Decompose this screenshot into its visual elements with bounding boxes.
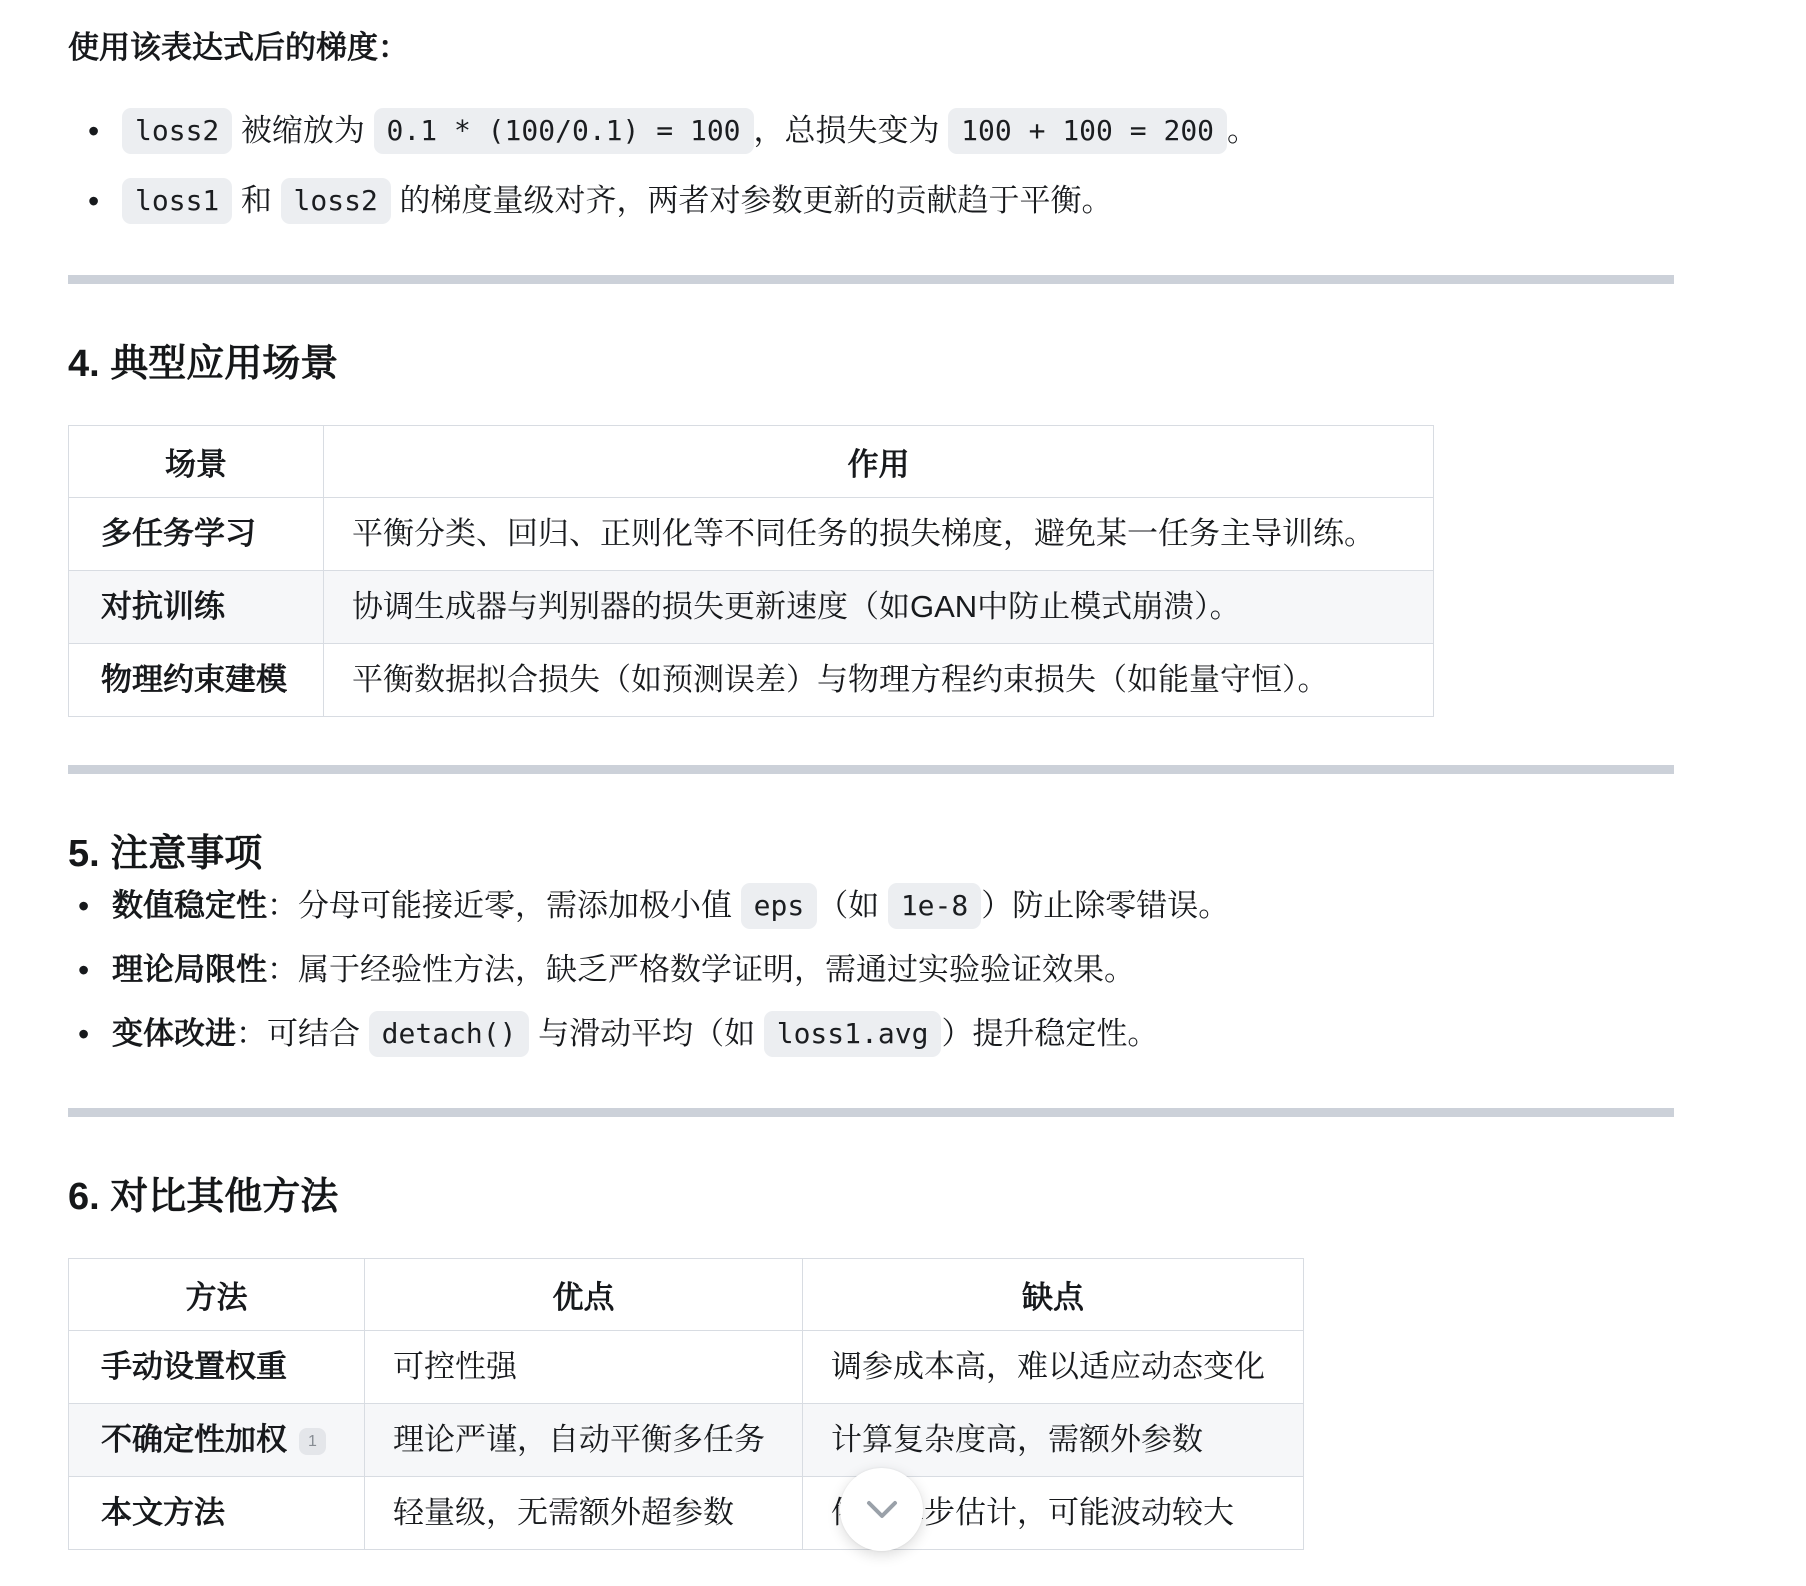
scroll-to-bottom-button[interactable] [840, 1468, 923, 1551]
inline-code: loss1.avg [764, 1011, 942, 1057]
bullet-item: 变体改进：可结合 detach() 与滑动平均（如 loss1.avg）提升稳定… [78, 1008, 1674, 1060]
intro-bullet-list: loss2 被缩放为 0.1 * (100/0.1) = 100，总损失变为 1… [68, 105, 1674, 227]
table-row: 不确定性加权1理论严谨，自动平衡多任务计算复杂度高，需额外参数 [69, 1404, 1304, 1477]
inline-code: 0.1 * (100/0.1) = 100 [374, 108, 754, 154]
table-cell: 平衡数据拟合损失（如预测误差）与物理方程约束损失（如能量守恒）。 [324, 644, 1434, 717]
section5-title: 5. 注意事项 [68, 830, 1674, 879]
inline-code: detach() [369, 1011, 530, 1057]
table-header-cell: 优点 [365, 1259, 803, 1331]
method-comparison-table: 方法优点缺点手动设置权重可控性强调参成本高，难以适应动态变化不确定性加权1理论严… [68, 1258, 1304, 1550]
table-header-row: 场景作用 [69, 426, 1434, 498]
table-cell: 多任务学习 [69, 498, 324, 571]
inline-code: loss2 [122, 108, 232, 154]
table-row: 对抗训练协调生成器与判别器的损失更新速度（如GAN中防止模式崩溃）。 [69, 571, 1434, 644]
inline-code: loss2 [281, 178, 391, 224]
table-cell: 轻量级，无需额外超参数 [365, 1477, 803, 1550]
table-header-cell: 方法 [69, 1259, 365, 1331]
notes-bullet-list: 数值稳定性：分母可能接近零，需添加极小值 eps（如 1e-8）防止除零错误。理… [68, 880, 1674, 1060]
bullet-item: loss2 被缩放为 0.1 * (100/0.1) = 100，总损失变为 1… [88, 105, 1674, 157]
intro-paragraph: 使用该表达式后的梯度： [68, 26, 1674, 71]
table-cell: 计算复杂度高，需额外参数 [803, 1404, 1304, 1477]
bullet-item: loss1 和 loss2 的梯度量级对齐，两者对参数更新的贡献趋于平衡。 [88, 175, 1674, 227]
table-row: 多任务学习平衡分类、回归、正则化等不同任务的损失梯度，避免某一任务主导训练。 [69, 498, 1434, 571]
bold-term: 变体改进 [112, 1016, 236, 1051]
table-cell: 协调生成器与判别器的损失更新速度（如GAN中防止模式崩溃）。 [324, 571, 1434, 644]
table-cell: 物理约束建模 [69, 644, 324, 717]
table-cell: 对抗训练 [69, 571, 324, 644]
section-divider [68, 1108, 1674, 1117]
section4-title: 4. 典型应用场景 [68, 340, 1674, 389]
table-cell: 手动设置权重 [69, 1331, 365, 1404]
table-cell: 可控性强 [365, 1331, 803, 1404]
inline-code: 100 + 100 = 200 [948, 108, 1227, 154]
table-header-row: 方法优点缺点 [69, 1259, 1304, 1331]
section6-title: 6. 对比其他方法 [68, 1173, 1674, 1222]
inline-code: loss1 [122, 178, 232, 224]
table-cell: 平衡分类、回归、正则化等不同任务的损失梯度，避免某一任务主导训练。 [324, 498, 1434, 571]
citation-badge[interactable]: 1 [299, 1428, 326, 1455]
table-cell: 调参成本高，难以适应动态变化 [803, 1331, 1304, 1404]
scenarios-table: 场景作用多任务学习平衡分类、回归、正则化等不同任务的损失梯度，避免某一任务主导训… [68, 425, 1434, 717]
section-divider [68, 765, 1674, 774]
table-header-cell: 缺点 [803, 1259, 1304, 1331]
section-divider [68, 275, 1674, 284]
bold-term: 数值稳定性 [112, 888, 267, 923]
table-cell: 理论严谨，自动平衡多任务 [365, 1404, 803, 1477]
chevron-down-icon [865, 1499, 899, 1521]
bold-term: 理论局限性 [112, 952, 267, 987]
table-row: 物理约束建模平衡数据拟合损失（如预测误差）与物理方程约束损失（如能量守恒）。 [69, 644, 1434, 717]
bullet-item: 数值稳定性：分母可能接近零，需添加极小值 eps（如 1e-8）防止除零错误。 [78, 880, 1674, 932]
document-page: 使用该表达式后的梯度： loss2 被缩放为 0.1 * (100/0.1) =… [0, 0, 1806, 1586]
bullet-item: 理论局限性：属于经验性方法，缺乏严格数学证明，需通过实验验证效果。 [78, 944, 1674, 996]
table-cell: 不确定性加权1 [69, 1404, 365, 1477]
inline-code: eps [741, 883, 818, 929]
table-cell: 本文方法 [69, 1477, 365, 1550]
table-header-cell: 场景 [69, 426, 324, 498]
table-row: 本文方法轻量级，无需额外超参数依赖单步估计，可能波动较大 [69, 1477, 1304, 1550]
inline-code: 1e-8 [888, 883, 981, 929]
table-header-cell: 作用 [324, 426, 1434, 498]
table-row: 手动设置权重可控性强调参成本高，难以适应动态变化 [69, 1331, 1304, 1404]
